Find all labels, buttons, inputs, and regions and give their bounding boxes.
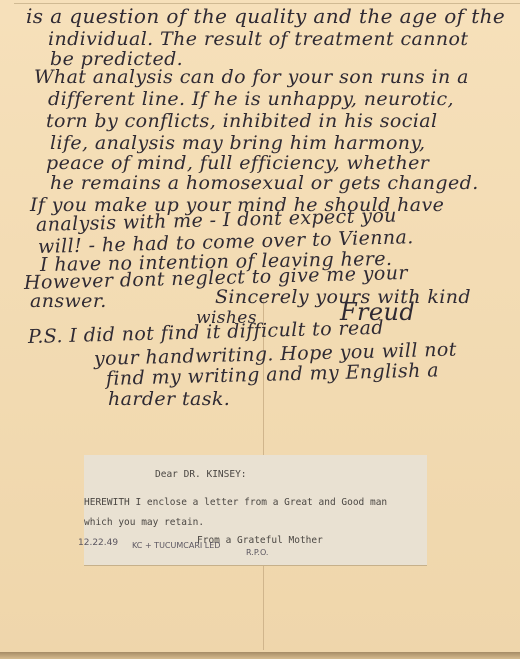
note-rpo: R.P.O. [246,548,268,557]
page-bottom-edge [0,652,520,659]
letter-line: different line. If he is unhappy, neurot… [48,88,454,110]
letter-line: he remains a homosexual or gets changed. [50,172,479,194]
note-body-line: which you may retain. [84,517,204,528]
postscript-line: harder task. [108,388,230,410]
note-date: 12.22.49 [78,538,118,548]
letter-line: individual. The result of treatment cann… [48,28,468,50]
typed-note: Dear DR. KINSEY: HEREWITH I enclose a le… [84,455,427,565]
letter-line: What analysis can do for your son runs i… [34,66,469,88]
note-postmark: KC + TUCUMCARI LED [132,541,220,550]
note-body-line: HEREWITH I enclose a letter from a Great… [84,497,387,508]
letter-line: torn by conflicts, inhibited in his soci… [46,110,438,132]
letter-line: life, analysis may bring him harmony, [50,132,425,154]
letter-line: peace of mind, full efficiency, whether [46,152,429,174]
letter-page: is a question of the quality and the age… [0,0,520,659]
note-salutation: Dear DR. KINSEY: [155,469,247,480]
letter-line: answer. [30,290,107,312]
letter-line: is a question of the quality and the age… [26,4,505,28]
